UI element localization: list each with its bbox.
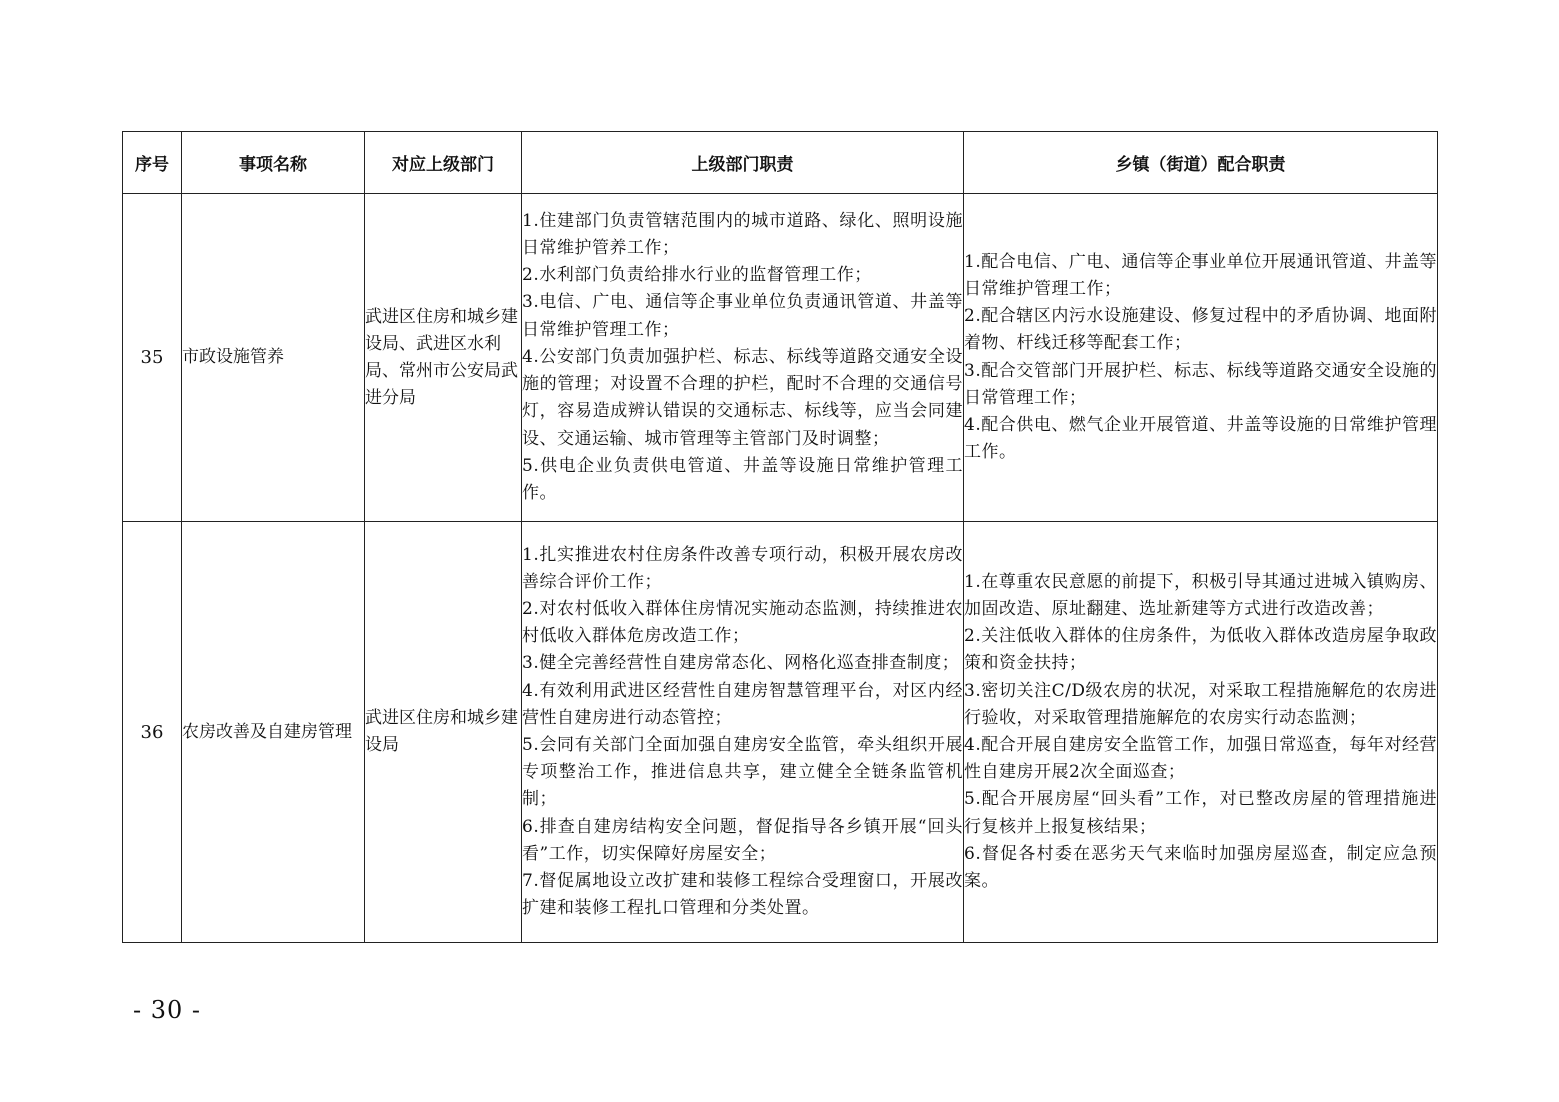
header-item-name: 事项名称 [182,132,365,194]
duty-item: 5.会同有关部门全面加强自建房安全监管，牵头组织开展专项整治工作，推进信息共享，… [522,732,963,814]
duty-item: 2.配合辖区内污水设施建设、修复过程中的矛盾协调、地面附着物、杆线迁移等配套工作… [964,303,1437,357]
duty-item: 3.密切关注C/D级农房的状况，对采取工程措施解危的农房进行验收，对采取管理措施… [964,678,1437,732]
duty-item: 7.督促属地设立改扩建和装修工程综合受理窗口，开展改扩建和装修工程扎口管理和分类… [522,868,963,922]
header-department: 对应上级部门 [365,132,522,194]
duty-item: 4.有效利用武进区经营性自建房智慧管理平台，对区内经营性自建房进行动态管控； [522,678,963,732]
superior-duties: 1.扎实推进农村住房条件改善专项行动，积极开展农房改善综合评价工作； 2.对农村… [522,522,964,943]
duty-item: 2.关注低收入群体的住房条件，为低收入群体改造房屋争取政策和资金扶持； [964,623,1437,677]
duty-item: 3.配合交管部门开展护栏、标志、标线等道路交通安全设施的日常管理工作； [964,358,1437,412]
duty-item: 6.排查自建房结构安全问题，督促指导各乡镇开展“回头看”工作，切实保障好房屋安全… [522,814,963,868]
department: 武进区住房和城乡建设局、武进区水利局、常州市公安局武进分局 [365,194,522,522]
duty-item: 4.配合供电、燃气企业开展管道、井盖等设施的日常维护管理工作。 [964,412,1437,466]
item-name: 农房改善及自建房管理 [182,522,365,943]
row-index: 36 [123,522,182,943]
duty-item: 1.扎实推进农村住房条件改善专项行动，积极开展农房改善综合评价工作； [522,542,963,596]
duty-item: 6.督促各村委在恶劣天气来临时加强房屋巡查，制定应急预案。 [964,841,1437,895]
township-duties: 1.在尊重农民意愿的前提下，积极引导其通过进城入镇购房、加固改造、原址翻建、选址… [964,522,1438,943]
superior-duties: 1.住建部门负责管辖范围内的城市道路、绿化、照明设施日常维护管养工作； 2.水利… [522,194,964,522]
duty-item: 2.对农村低收入群体住房情况实施动态监测，持续推进农村低收入群体危房改造工作； [522,596,963,650]
duty-item: 4.公安部门负责加强护栏、标志、标线等道路交通安全设施的管理；对设置不合理的护栏… [522,344,963,453]
duty-item: 3.健全完善经营性自建房常态化、网格化巡查排查制度； [522,650,963,677]
duty-item: 2.水利部门负责给排水行业的监督管理工作； [522,262,963,289]
duty-item: 3.电信、广电、通信等企事业单位负责通讯管道、井盖等日常维护管理工作； [522,289,963,343]
header-index: 序号 [123,132,182,194]
duty-item: 1.在尊重农民意愿的前提下，积极引导其通过进城入镇购房、加固改造、原址翻建、选址… [964,569,1437,623]
table-row: 36 农房改善及自建房管理 武进区住房和城乡建设局 1.扎实推进农村住房条件改善… [123,522,1438,943]
department: 武进区住房和城乡建设局 [365,522,522,943]
duty-item: 4.配合开展自建房安全监管工作，加强日常巡查，每年对经营性自建房开展2次全面巡查… [964,732,1437,786]
header-superior-duties: 上级部门职责 [522,132,964,194]
header-township-duties: 乡镇（街道）配合职责 [964,132,1438,194]
duty-item: 1.住建部门负责管辖范围内的城市道路、绿化、照明设施日常维护管养工作； [522,208,963,262]
item-name: 市政设施管养 [182,194,365,522]
page-number: - 30 - [133,996,201,1024]
duty-item: 5.配合开展房屋“回头看”工作，对已整改房屋的管理措施进行复核并上报复核结果； [964,786,1437,840]
duty-item: 5.供电企业负责供电管道、井盖等设施日常维护管理工作。 [522,453,963,507]
table-header-row: 序号 事项名称 对应上级部门 上级部门职责 乡镇（街道）配合职责 [123,132,1438,194]
responsibility-table: 序号 事项名称 对应上级部门 上级部门职责 乡镇（街道）配合职责 35 市政设施… [122,131,1438,943]
table-row: 35 市政设施管养 武进区住房和城乡建设局、武进区水利局、常州市公安局武进分局 … [123,194,1438,522]
duty-item: 1.配合电信、广电、通信等企事业单位开展通讯管道、井盖等日常维护管理工作； [964,249,1437,303]
township-duties: 1.配合电信、广电、通信等企事业单位开展通讯管道、井盖等日常维护管理工作； 2.… [964,194,1438,522]
row-index: 35 [123,194,182,522]
